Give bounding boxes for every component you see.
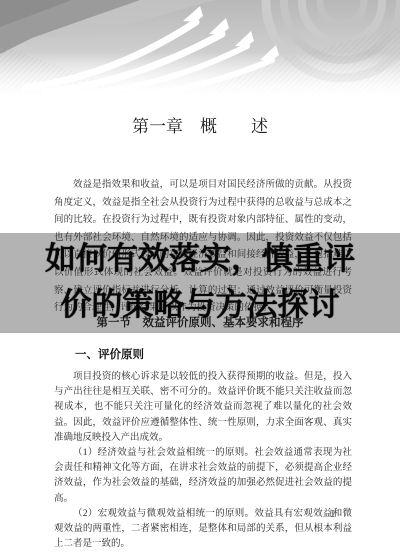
- overlay-title: 如何有效落实，慎重评价的策略与方法探讨: [30, 236, 370, 328]
- principle-item-2: （2）宏观效益与微观效益相统一的原则。效益具有宏观效益和微观效益的两重性，二者紧…: [54, 507, 352, 553]
- book-page: 第一章 概 述 效益是指效果和收益，可以是项目对国民经济所做的贡献。从投资角度定…: [0, 0, 400, 560]
- chapter-title: 第一章 概 述: [0, 112, 400, 137]
- principles-paragraph: 项目投资的核心诉求是以较低的投入获得预期的收益。但是，投入与产出往往是相互关联、…: [54, 370, 352, 446]
- principles-text-block: 项目投资的核心诉求是以较低的投入获得预期的收益。但是，投入与产出往往是相互关联、…: [54, 370, 352, 552]
- subheading-evaluation-principles: 一、评价原则: [75, 346, 144, 362]
- page-number: 1: [330, 508, 336, 520]
- banner-graphic: [0, 0, 400, 97]
- principle-item-1: （1）经济效益与社会效益相统一的原则。社会效益通常表现为社会责任和精神文化等方面…: [54, 446, 352, 507]
